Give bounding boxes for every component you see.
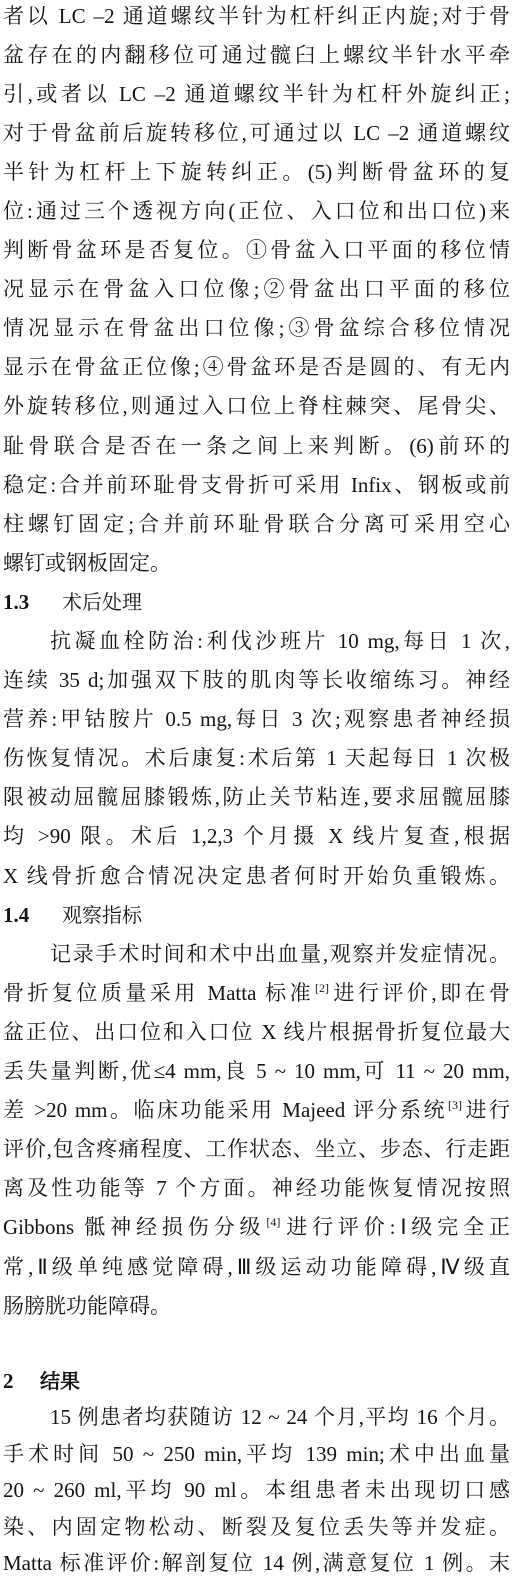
text-line: 染、内固定物松动、断裂及复位丢失等并发症。 [3, 1509, 510, 1546]
section-number: 1.3 [3, 583, 62, 622]
text-line: 外旋转移位,则通过入口位上脊柱棘突、尾骨尖、 [3, 387, 510, 426]
text-segment: 进行评价:Ⅰ级完全正 [281, 1215, 510, 1239]
text-segment: 进行 [463, 1098, 510, 1122]
paragraph-postop-care: 抗凝血栓防治:利伐沙班片 10 mg,每日 1 次, 连续 35 d;加强双下肢… [3, 622, 510, 896]
text-segment: Gibbons 骶神经损伤分级 [3, 1215, 265, 1239]
citation-ref: [2] [315, 981, 329, 995]
text-line: 判断骨盆环是否复位。①骨盆入口平面的移位情 [3, 231, 510, 270]
text-segment: 骨折复位质量采用 Matta 标准 [3, 981, 314, 1005]
text-line: 骨折复位质量采用 Matta 标准[2]进行评价,即在骨 [3, 974, 510, 1013]
text-line: 20 ~ 260 ml,平均 90 ml。本组患者未出现切口感 [3, 1472, 510, 1509]
text-line: 评价,包含疼痛程度、工作状态、坐立、步态、行走距 [3, 1130, 510, 1169]
text-line: X 线骨折愈合情况决定患者何时开始负重锻炼。 [3, 857, 510, 896]
paragraph-results: 15 例患者均获随访 12 ~ 24 个月,平均 16 个月。 手术时间 50 … [3, 1399, 510, 1577]
text-line: Gibbons 骶神经损伤分级[4]进行评价:Ⅰ级完全正 [3, 1208, 510, 1247]
text-line: 对于骨盆前后旋转移位,可通过以 LC –2 通道螺纹 [3, 114, 510, 153]
text-line: 肠膀胱功能障碍。 [3, 1287, 510, 1326]
text-line: 引,或者以 LC –2 通道螺纹半针为杠杆外旋纠正; [3, 75, 510, 114]
text-line: 伤恢复情况。术后康复:术后第 1 天起每日 1 次极 [3, 739, 510, 778]
text-line: 常,Ⅱ级单纯感觉障碍,Ⅲ级运动功能障碍,Ⅳ级直 [3, 1248, 510, 1287]
text-line: 15 例患者均获随访 12 ~ 24 个月,平均 16 个月。 [3, 1399, 510, 1436]
section-title: 观察指标 [62, 903, 142, 927]
text-segment: 差 >20 mm。临床功能采用 Majeed 评分系统 [3, 1098, 447, 1122]
text-line: 盆存在的内翻移位可通过髋臼上螺纹半针水平牵 [3, 36, 510, 75]
text-line: 者以 LC –2 通道螺纹半针为杠杆纠正内旋;对于骨 [3, 0, 510, 36]
text-segment: 进行评价,即在骨 [330, 981, 510, 1005]
text-line: 半针为杠杆上下旋转纠正。(5)判断骨盆环的复 [3, 153, 510, 192]
text-line: 均 >90 限。术后 1,2,3 个月摄 X 线片复查,根据 [3, 817, 510, 856]
text-line: 连续 35 d;加强双下肢的肌肉等长收缩练习。神经 [3, 661, 510, 700]
text-line: 螺钉或钢板固定。 [3, 544, 510, 583]
text-line: 位:通过三个透视方向(正位、入口位和出口位)来 [3, 192, 510, 231]
text-line: 限被动屈髋屈膝锻炼,防止关节粘连,要求屈髋屈膝 [3, 778, 510, 817]
text-line: 差 >20 mm。临床功能采用 Majeed 评分系统[3]进行 [3, 1091, 510, 1130]
text-line: 情况显示在骨盆出口位像;③骨盆综合移位情况 [3, 309, 510, 348]
text-line: 营养:甲钴胺片 0.5 mg,每日 3 次;观察患者神经损 [3, 700, 510, 739]
body-text-column: 者以 LC –2 通道螺纹半针为杠杆纠正内旋;对于骨 盆存在的内翻移位可通过髋臼… [3, 0, 510, 1326]
text-line: 显示在骨盆正位像;④骨盆环是否是圆的、有无内 [3, 348, 510, 387]
text-line: 况显示在骨盆入口位像;②骨盆出口平面的移位 [3, 270, 510, 309]
section-title: 结果 [40, 1369, 80, 1393]
text-line: 离及性功能等 7 个方面。神经功能恢复情况按照 [3, 1169, 510, 1208]
section-number: 2 [3, 1363, 40, 1400]
section-heading-2: 2结果 [3, 1363, 510, 1400]
citation-ref: [3] [448, 1098, 462, 1112]
text-line: 抗凝血栓防治:利伐沙班片 10 mg,每日 1 次, [3, 622, 510, 661]
section-title: 术后处理 [62, 590, 142, 614]
text-line: 记录手术时间和术中出血量,观察并发症情况。 [3, 935, 510, 974]
section-number: 1.4 [3, 896, 62, 935]
section-heading-1-3: 1.3术后处理 [3, 583, 510, 622]
paragraph-observation-indicators: 记录手术时间和术中出血量,观察并发症情况。 骨折复位质量采用 Matta 标准[… [3, 935, 510, 1326]
citation-ref: [4] [266, 1215, 280, 1229]
text-line: 手术时间 50 ~ 250 min,平均 139 min;术中出血量 [3, 1436, 510, 1473]
text-line: 稳定:合并前环耻骨支骨折可采用 Infix、钢板或前 [3, 466, 510, 505]
paragraph-reduction-steps: 者以 LC –2 通道螺纹半针为杠杆纠正内旋;对于骨 盆存在的内翻移位可通过髋臼… [3, 0, 510, 583]
text-line: 耻骨联合是否在一条之间上来判断。(6)前环的 [3, 427, 510, 466]
section-heading-1-4: 1.4观察指标 [3, 896, 510, 935]
text-line: 丢失量判断,优≤4 mm,良 5 ~ 10 mm,可 11 ~ 20 mm, [3, 1052, 510, 1091]
text-line: 柱螺钉固定;合并前环耻骨联合分离可采用空心 [3, 505, 510, 544]
results-section: 2结果 15 例患者均获随访 12 ~ 24 个月,平均 16 个月。 手术时间… [3, 1363, 510, 1577]
text-line: Matta 标准评价:解剖复位 14 例,满意复位 1 例。末 [3, 1545, 510, 1577]
text-line: 盆正位、出口位和入口位 X 线片根据骨折复位最大 [3, 1013, 510, 1052]
